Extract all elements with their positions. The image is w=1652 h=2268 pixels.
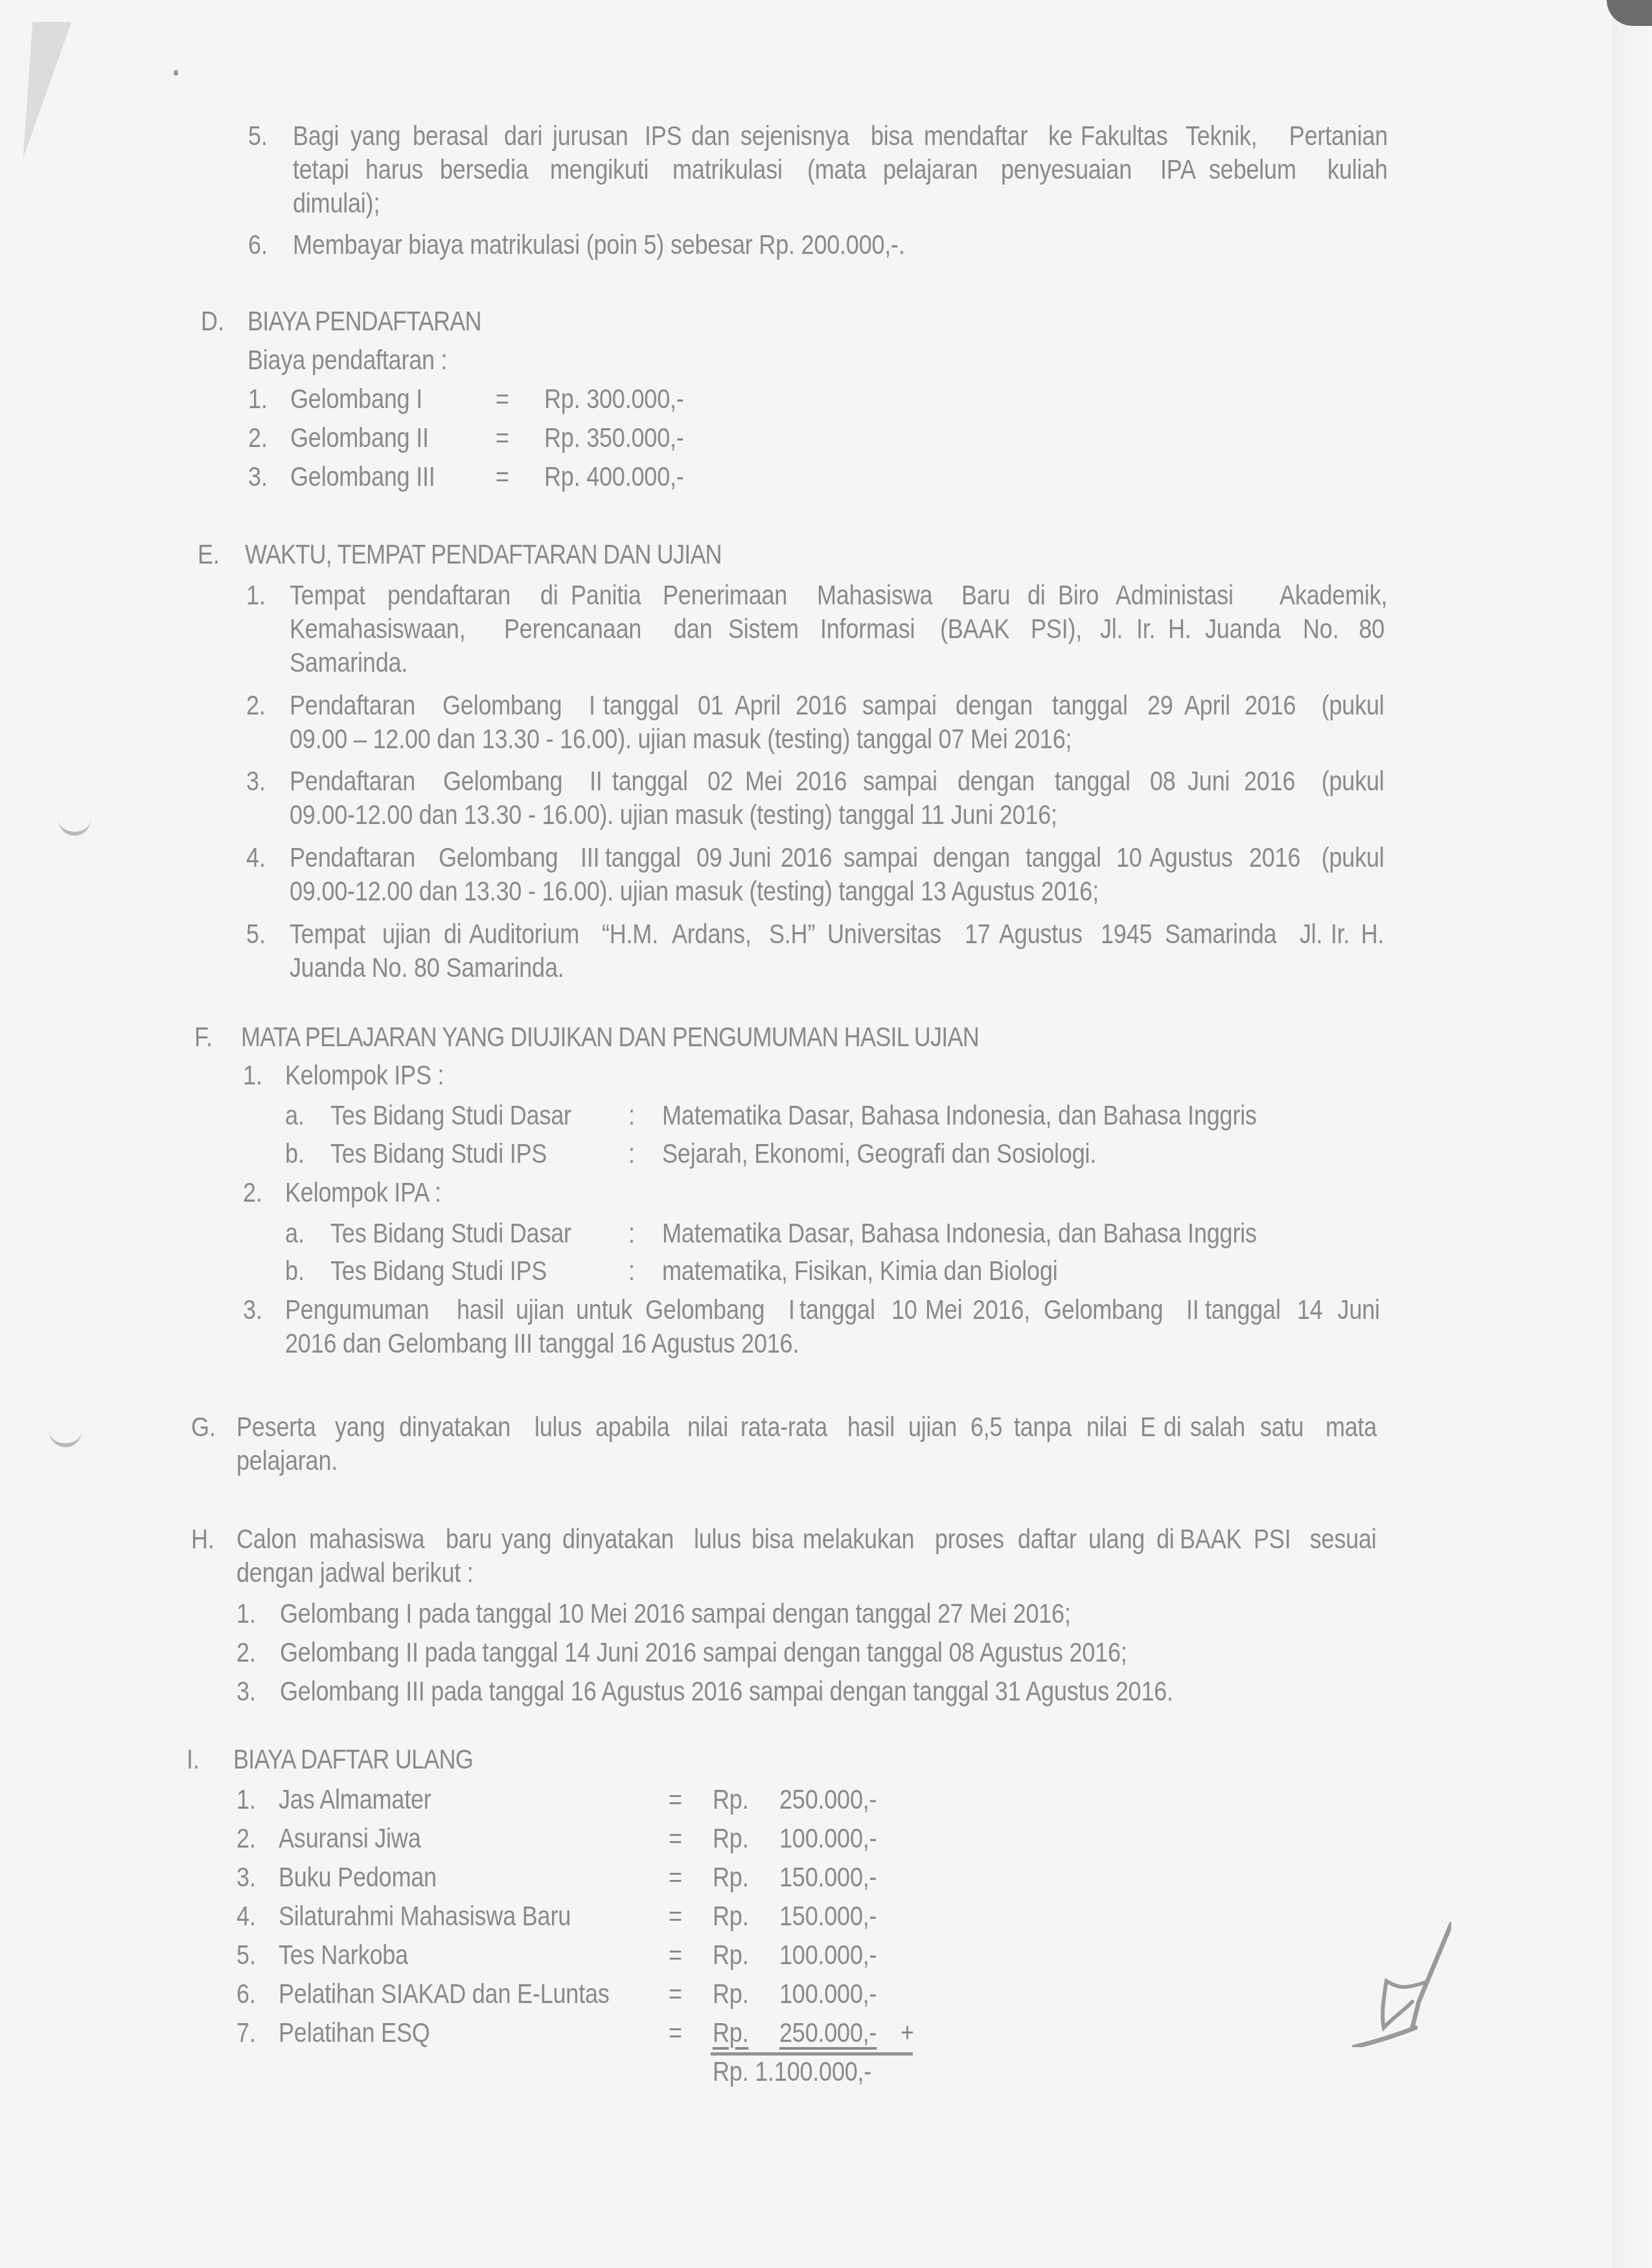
item-number: 5. <box>236 1938 256 1972</box>
item-text-line: Juanda No. 80 Samarinda. <box>290 951 564 985</box>
currency: Rp. <box>713 1822 748 1855</box>
item-number: 6. <box>248 228 268 262</box>
currency: Rp. <box>713 1899 748 1933</box>
item-text-line: BagiyangberasaldarijurusanIPSdansejenisn… <box>293 119 1388 153</box>
test-subjects: Matematika Dasar, Bahasa Indonesia, dan … <box>662 1099 1257 1132</box>
item-number: 1. <box>243 1059 262 1092</box>
section-title: MATA PELAJARAN YANG DIUJIKAN DAN PENGUMU… <box>241 1020 979 1054</box>
equals-sign: = <box>496 460 509 494</box>
fee-amount: Rp. 350.000,- <box>544 421 684 455</box>
equals-sign: = <box>669 1861 682 1894</box>
item-number: 4. <box>246 841 266 875</box>
item-text-line: Membayar biaya matrikulasi (poin 5) sebe… <box>293 228 905 262</box>
item-text-line: 09.00-12.00 dan 13.30 - 16.00). ujian ma… <box>290 798 1057 832</box>
test-name: Tes Bidang Studi IPS <box>330 1254 547 1288</box>
fee-label: Buku Pedoman <box>279 1861 437 1894</box>
equals-sign: = <box>496 382 509 416</box>
item-number: 7. <box>236 2016 256 2050</box>
fee-label: Jas Almamater <box>279 1783 431 1816</box>
separator: : <box>628 1099 635 1132</box>
separator: : <box>628 1137 635 1171</box>
fee-amount: 100.000,- <box>779 1977 877 2011</box>
test-name: Tes Bidang Studi Dasar <box>330 1099 571 1132</box>
fee-amount: 250.000,- <box>779 2016 877 2050</box>
plus-sign: + <box>901 2016 914 2050</box>
test-subjects: Matematika Dasar, Bahasa Indonesia, dan … <box>662 1217 1257 1250</box>
section-letter: D. <box>201 304 224 338</box>
item-text-line: TempatujiandiAuditorium“H.M.Ardans,S.H”U… <box>290 917 1384 951</box>
section-title: WAKTU, TEMPAT PENDAFTARAN DAN UJIAN <box>245 538 722 571</box>
item-number: 2. <box>246 689 266 722</box>
currency: Rp. <box>713 1783 748 1816</box>
separator: : <box>628 1217 635 1250</box>
fee-amount: Rp. 400.000,- <box>544 460 684 494</box>
sub-letter: a. <box>285 1217 304 1250</box>
schedule-item: Gelombang II pada tanggal 14 Juni 2016 s… <box>280 1636 1127 1669</box>
item-text-line: Samarinda. <box>290 646 407 680</box>
item-number: 2. <box>248 421 268 455</box>
equals-sign: = <box>669 1783 682 1816</box>
section-title: BIAYA DAFTAR ULANG <box>233 1743 473 1776</box>
item-number: 5. <box>246 917 266 951</box>
item-number: 1. <box>236 1597 256 1631</box>
item-text-line: dengan jadwal berikut : <box>236 1556 474 1590</box>
sub-letter: b. <box>285 1137 304 1171</box>
item-number: 1. <box>248 382 268 416</box>
schedule-item: Gelombang III pada tanggal 16 Agustus 20… <box>280 1675 1173 1708</box>
item-text-line: 09.00-12.00 dan 13.30 - 16.00). ujian ma… <box>290 875 1099 908</box>
section-title: BIAYA PENDAFTARAN <box>247 304 481 338</box>
item-number: 2. <box>236 1822 256 1855</box>
fee-amount: 150.000,- <box>779 1899 877 1933</box>
test-name: Tes Bidang Studi IPS <box>330 1137 547 1171</box>
fee-amount: Rp. 300.000,- <box>544 382 684 416</box>
equals-sign: = <box>669 1822 682 1855</box>
fee-amount: 100.000,- <box>779 1822 877 1855</box>
item-number: 3. <box>236 1861 256 1894</box>
fee-label: Tes Narkoba <box>279 1938 408 1972</box>
fee-label: Gelombang I <box>290 382 422 416</box>
section-intro: Biaya pendaftaran : <box>247 343 447 377</box>
item-text-line: pelajaran. <box>236 1444 338 1478</box>
fee-label: Gelombang III <box>290 460 435 494</box>
item-number: 4. <box>236 1899 256 1933</box>
separator: : <box>628 1254 635 1288</box>
item-number: 3. <box>243 1293 262 1327</box>
item-text-line: PengumumanhasilujianuntukGelombangItangg… <box>285 1293 1380 1327</box>
group-label: Kelompok IPA : <box>285 1176 441 1209</box>
item-text-line: Calonmahasiswabaruyangdinyatakanlulusbis… <box>236 1522 1377 1556</box>
section-letter: E. <box>198 538 220 571</box>
item-number: 1. <box>246 578 266 612</box>
currency: Rp. <box>713 1977 748 2011</box>
equals-sign: = <box>669 1899 682 1933</box>
equals-sign: = <box>496 421 509 455</box>
item-number: 3. <box>246 764 266 798</box>
item-text-line: 09.00 – 12.00 dan 13.30 - 16.00). ujian … <box>290 722 1072 756</box>
fee-amount: 250.000,- <box>779 1783 877 1816</box>
section-letter: G. <box>191 1410 216 1444</box>
item-text-line: PendaftaranGelombangIIItanggal09Juni2016… <box>290 841 1384 875</box>
item-number: 1. <box>236 1783 256 1816</box>
test-subjects: Sejarah, Ekonomi, Geografi dan Sosiologi… <box>662 1137 1096 1171</box>
item-number: 5. <box>248 119 268 153</box>
equals-sign: = <box>669 1977 682 2011</box>
fee-label: Silaturahmi Mahasiswa Baru <box>279 1899 571 1933</box>
item-text-line: Pesertayangdinyatakanlulusapabilanilaira… <box>236 1410 1377 1444</box>
item-number: 2. <box>243 1176 262 1209</box>
fee-label: Pelatihan ESQ <box>279 2016 430 2050</box>
scan-dot <box>174 70 178 76</box>
item-number: 3. <box>248 460 268 494</box>
section-letter: H. <box>191 1522 214 1556</box>
test-name: Tes Bidang Studi Dasar <box>330 1217 571 1250</box>
currency: Rp. <box>713 2016 748 2050</box>
item-text-line: tetapiharusbersediamengikutimatrikulasi(… <box>293 153 1388 187</box>
page-edge <box>1612 0 1652 2268</box>
signature-mark <box>1322 1892 1451 2047</box>
currency: Rp. <box>713 1938 748 1972</box>
item-text-line: dimulai); <box>293 187 380 220</box>
item-number: 2. <box>236 1636 256 1669</box>
equals-sign: = <box>669 2016 682 2050</box>
item-text-line: PendaftaranGelombangIItanggal02Mei2016sa… <box>290 764 1384 798</box>
item-text-line: PendaftaranGelombangItanggal01April2016s… <box>290 689 1384 722</box>
item-number: 6. <box>236 1977 256 2011</box>
section-letter: F. <box>194 1020 212 1054</box>
test-subjects: matematika, Fisikan, Kimia dan Biologi <box>662 1254 1058 1288</box>
section-letter: I. <box>187 1743 200 1776</box>
item-number: 3. <box>236 1675 256 1708</box>
item-text-line: 2016 dan Gelombang III tanggal 16 Agustu… <box>285 1327 799 1360</box>
fee-amount: 150.000,- <box>779 1861 877 1894</box>
fee-label: Pelatihan SIAKAD dan E-Luntas <box>279 1977 610 2011</box>
sub-letter: a. <box>285 1099 304 1132</box>
item-text-line: Kemahasiswaan,PerencanaandanSistemInform… <box>290 612 1384 646</box>
item-text-line: TempatpendaftarandiPanitiaPenerimaanMaha… <box>290 578 1388 612</box>
fee-label: Gelombang II <box>290 421 429 455</box>
equals-sign: = <box>669 1938 682 1972</box>
fee-amount: 100.000,- <box>779 1938 877 1972</box>
fee-total: Rp. 1.100.000,- <box>713 2055 871 2089</box>
schedule-item: Gelombang I pada tanggal 10 Mei 2016 sam… <box>280 1597 1071 1631</box>
group-label: Kelompok IPS : <box>285 1059 444 1092</box>
fee-label: Asuransi Jiwa <box>279 1822 420 1855</box>
currency: Rp. <box>713 1861 748 1894</box>
sub-letter: b. <box>285 1254 304 1288</box>
